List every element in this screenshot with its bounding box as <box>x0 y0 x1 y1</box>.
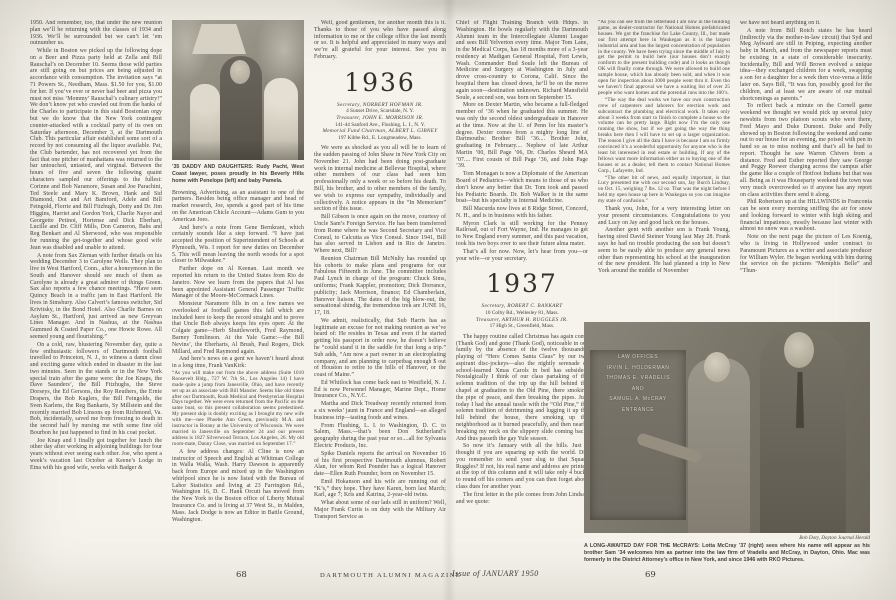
paragraph: And here’s news on a gent we haven’t hea… <box>172 356 304 370</box>
tall-man-face-shape <box>784 332 814 368</box>
paragraph: “The other bit of news, and equally impo… <box>598 176 730 206</box>
paragraph: Reunion Chairman Bill McNulty has rounde… <box>314 256 446 317</box>
officer-line: 4 Sunset Drive, Scarsdale, N. Y. <box>314 108 446 115</box>
father-face-shape <box>230 60 250 84</box>
paragraph: So now it’s January with all the bills. … <box>456 443 588 490</box>
paragraph: A note from Sax Zieman with further deta… <box>30 253 162 341</box>
paragraph: Tom Monagan is now a Diplomate of the Am… <box>456 171 588 205</box>
door-lettering: IRVIN L. HOLDERMAN <box>592 366 684 372</box>
paragraph: The happy routine called Christmas has a… <box>456 334 588 443</box>
officer-line: 10 Colby Rd., Wellesley 81, Mass. <box>456 310 588 317</box>
magazine-spread: 1950. And remember, too, that under the … <box>0 0 896 600</box>
door-lettering: LAW OFFICES <box>592 355 684 361</box>
page-number-69: 69 <box>645 570 656 580</box>
paragraph: More on Dexter Martin, who became a full… <box>456 102 588 170</box>
paragraph: And here’s a note from Gene Bernkrant, w… <box>172 225 304 266</box>
paragraph: Emil Hokanson and his wife are running o… <box>314 479 446 499</box>
door-lettering: ENTRANCE <box>592 408 684 414</box>
paragraph: From Flushing, L. I. to Washington, D. C… <box>314 423 446 450</box>
column-3-intro: Well, good gentlemen, for another month … <box>314 20 446 61</box>
door-lettering: SAMUEL A. McCRAY <box>592 397 684 403</box>
paragraph: That’s all for now. Now, let’s hear from… <box>456 249 588 263</box>
officer-line: Secretary, ROBERT C. BANKART <box>456 303 588 310</box>
pointing-man-face-shape <box>704 352 730 382</box>
door-lettering: THOMAS E. VRADELIS <box>592 376 684 382</box>
paragraph: Bill Gibson is once again on the move, c… <box>314 214 446 255</box>
column-4: Chief of Flight Training Branch with Hdq… <box>456 20 588 572</box>
column-2-text: Browning, Advertising, as an assistant t… <box>172 190 304 524</box>
paragraph: Well, good gentlemen, for another month … <box>314 20 446 61</box>
issue-footer: Issue of JANUARY 1950 <box>452 569 539 578</box>
officer-line: 197 Kibbe Rd., E. Longmeadow, Mass. <box>314 135 446 142</box>
paragraph: What about some of our lads still in uni… <box>314 500 446 520</box>
paragraph: A note from Bill Rotch states he has hea… <box>740 28 872 103</box>
paragraph: Note on the next page the picture of Les… <box>740 234 872 275</box>
year-heading-1937: 1937 <box>456 271 588 296</box>
pointing-man-shape <box>688 358 750 533</box>
door-lettering: AND <box>592 387 684 393</box>
column-3: Well, good gentlemen, for another month … <box>314 20 446 572</box>
paragraph: While in Boston we picked up the followi… <box>30 48 162 251</box>
column-4-1937-text: The happy routine called Christmas has a… <box>456 334 588 506</box>
column-1: 1950. And remember, too, that under the … <box>30 20 162 572</box>
column-4-1936-text: Chief of Flight Training Branch with Hdq… <box>456 20 588 262</box>
paragraph: A few address changes: Al Cline is now a… <box>172 449 304 524</box>
paragraph: Myron Clark is still working for the Pen… <box>456 221 588 248</box>
column-5: “As you can see from the letterhead I am… <box>598 20 730 320</box>
paragraph: “As you can see from the letterhead I am… <box>598 20 730 97</box>
photo-daddy-daughters <box>172 20 304 160</box>
year-heading-1936: 1936 <box>314 70 446 95</box>
magazine-name-footer: DARTMOUTH ALUMNI MAGAZINE <box>320 572 461 579</box>
paragraph: Another gent with another son is Frank Y… <box>598 227 730 274</box>
paragraph: The first letter in the pile comes from … <box>456 492 588 506</box>
officer-line: Memorial Fund Chairman, ALBERT L. GIBNEY <box>314 128 446 135</box>
paragraph: Phil Robertson up at the HILLWINDS in Fr… <box>740 199 872 233</box>
photo-caption-right: A LONG-AWAITED DAY FOR THE McCRAYS: Lott… <box>584 543 870 564</box>
paragraph: 1950. And remember, too, that under the … <box>30 20 162 47</box>
paragraph: On a cold, raw, blustering November day,… <box>30 342 162 437</box>
paragraph: Chief of Flight Training Branch with Hdq… <box>456 20 588 101</box>
paragraph: we have not heard anything on it. <box>740 20 872 27</box>
officers-1937: Secretary, ROBERT C. BANKART10 Colby Rd.… <box>456 303 588 329</box>
officers-1936: Secretary, NORBERT HOFMAN JR.4 Sunset Dr… <box>314 102 446 142</box>
paragraph: Spike Daniels reports the arrival on Nov… <box>314 451 446 478</box>
paragraph: We were as shocked as you all will be to… <box>314 145 446 213</box>
paragraph: Ed Whitlock has come back east to Westfi… <box>314 380 446 400</box>
column-6: we have not heard anything on it.A note … <box>740 20 872 320</box>
officer-line: 17 High St., Greenfield, Mass. <box>456 323 588 330</box>
photo-mccrays: LAW OFFICESIRVIN L. HOLDERMANTHOMAS E. V… <box>584 322 870 533</box>
paragraph: We admit, realistically, that Sub Harris… <box>314 318 446 379</box>
paragraph: Thank you, John, for a very interesting … <box>598 206 730 226</box>
photo-mccrays-block: LAW OFFICESIRVIN L. HOLDERMANTHOMAS E. V… <box>584 322 870 569</box>
officer-line: Treasurer, JOHN E. MORRISON JR. <box>314 115 446 122</box>
paragraph: Joe Knap and I finally got together for … <box>30 438 162 472</box>
officer-line: 141-44 Sanford Ave., Flushing, L. I., N.… <box>314 122 446 129</box>
paragraph: To reflect back a minute on the Cornell … <box>740 103 872 198</box>
page-number-68: 68 <box>236 570 247 580</box>
photo-credit: Bob Doty, Dayton Journal Herald <box>584 535 870 541</box>
officer-line: Secretary, NORBERT HOFMAN JR. <box>314 102 446 109</box>
paragraph: Bill Macurda now lives at 8 Ridge Street… <box>456 206 588 220</box>
paragraph: “As you will make out from the above add… <box>172 371 304 448</box>
paragraph: Monsieur Naramore fills in on a few name… <box>172 301 304 355</box>
photo-caption-left: ’35 DADDY AND DAUGHTERS: Rudy Pacht, Wes… <box>172 164 304 185</box>
paragraph: Martha and Dick Treadway recently return… <box>314 401 446 421</box>
paragraph: “The way the deal works we have our own … <box>598 98 730 175</box>
column-2: ’35 DADDY AND DAUGHTERS: Rudy Pacht, Wes… <box>172 20 304 572</box>
paragraph: Browning, Advertising, as an assistant t… <box>172 190 304 224</box>
column-3-text: We were as shocked as you all will be to… <box>314 145 446 520</box>
paragraph: Further dope on Al Keenan. Last month we… <box>172 266 304 300</box>
